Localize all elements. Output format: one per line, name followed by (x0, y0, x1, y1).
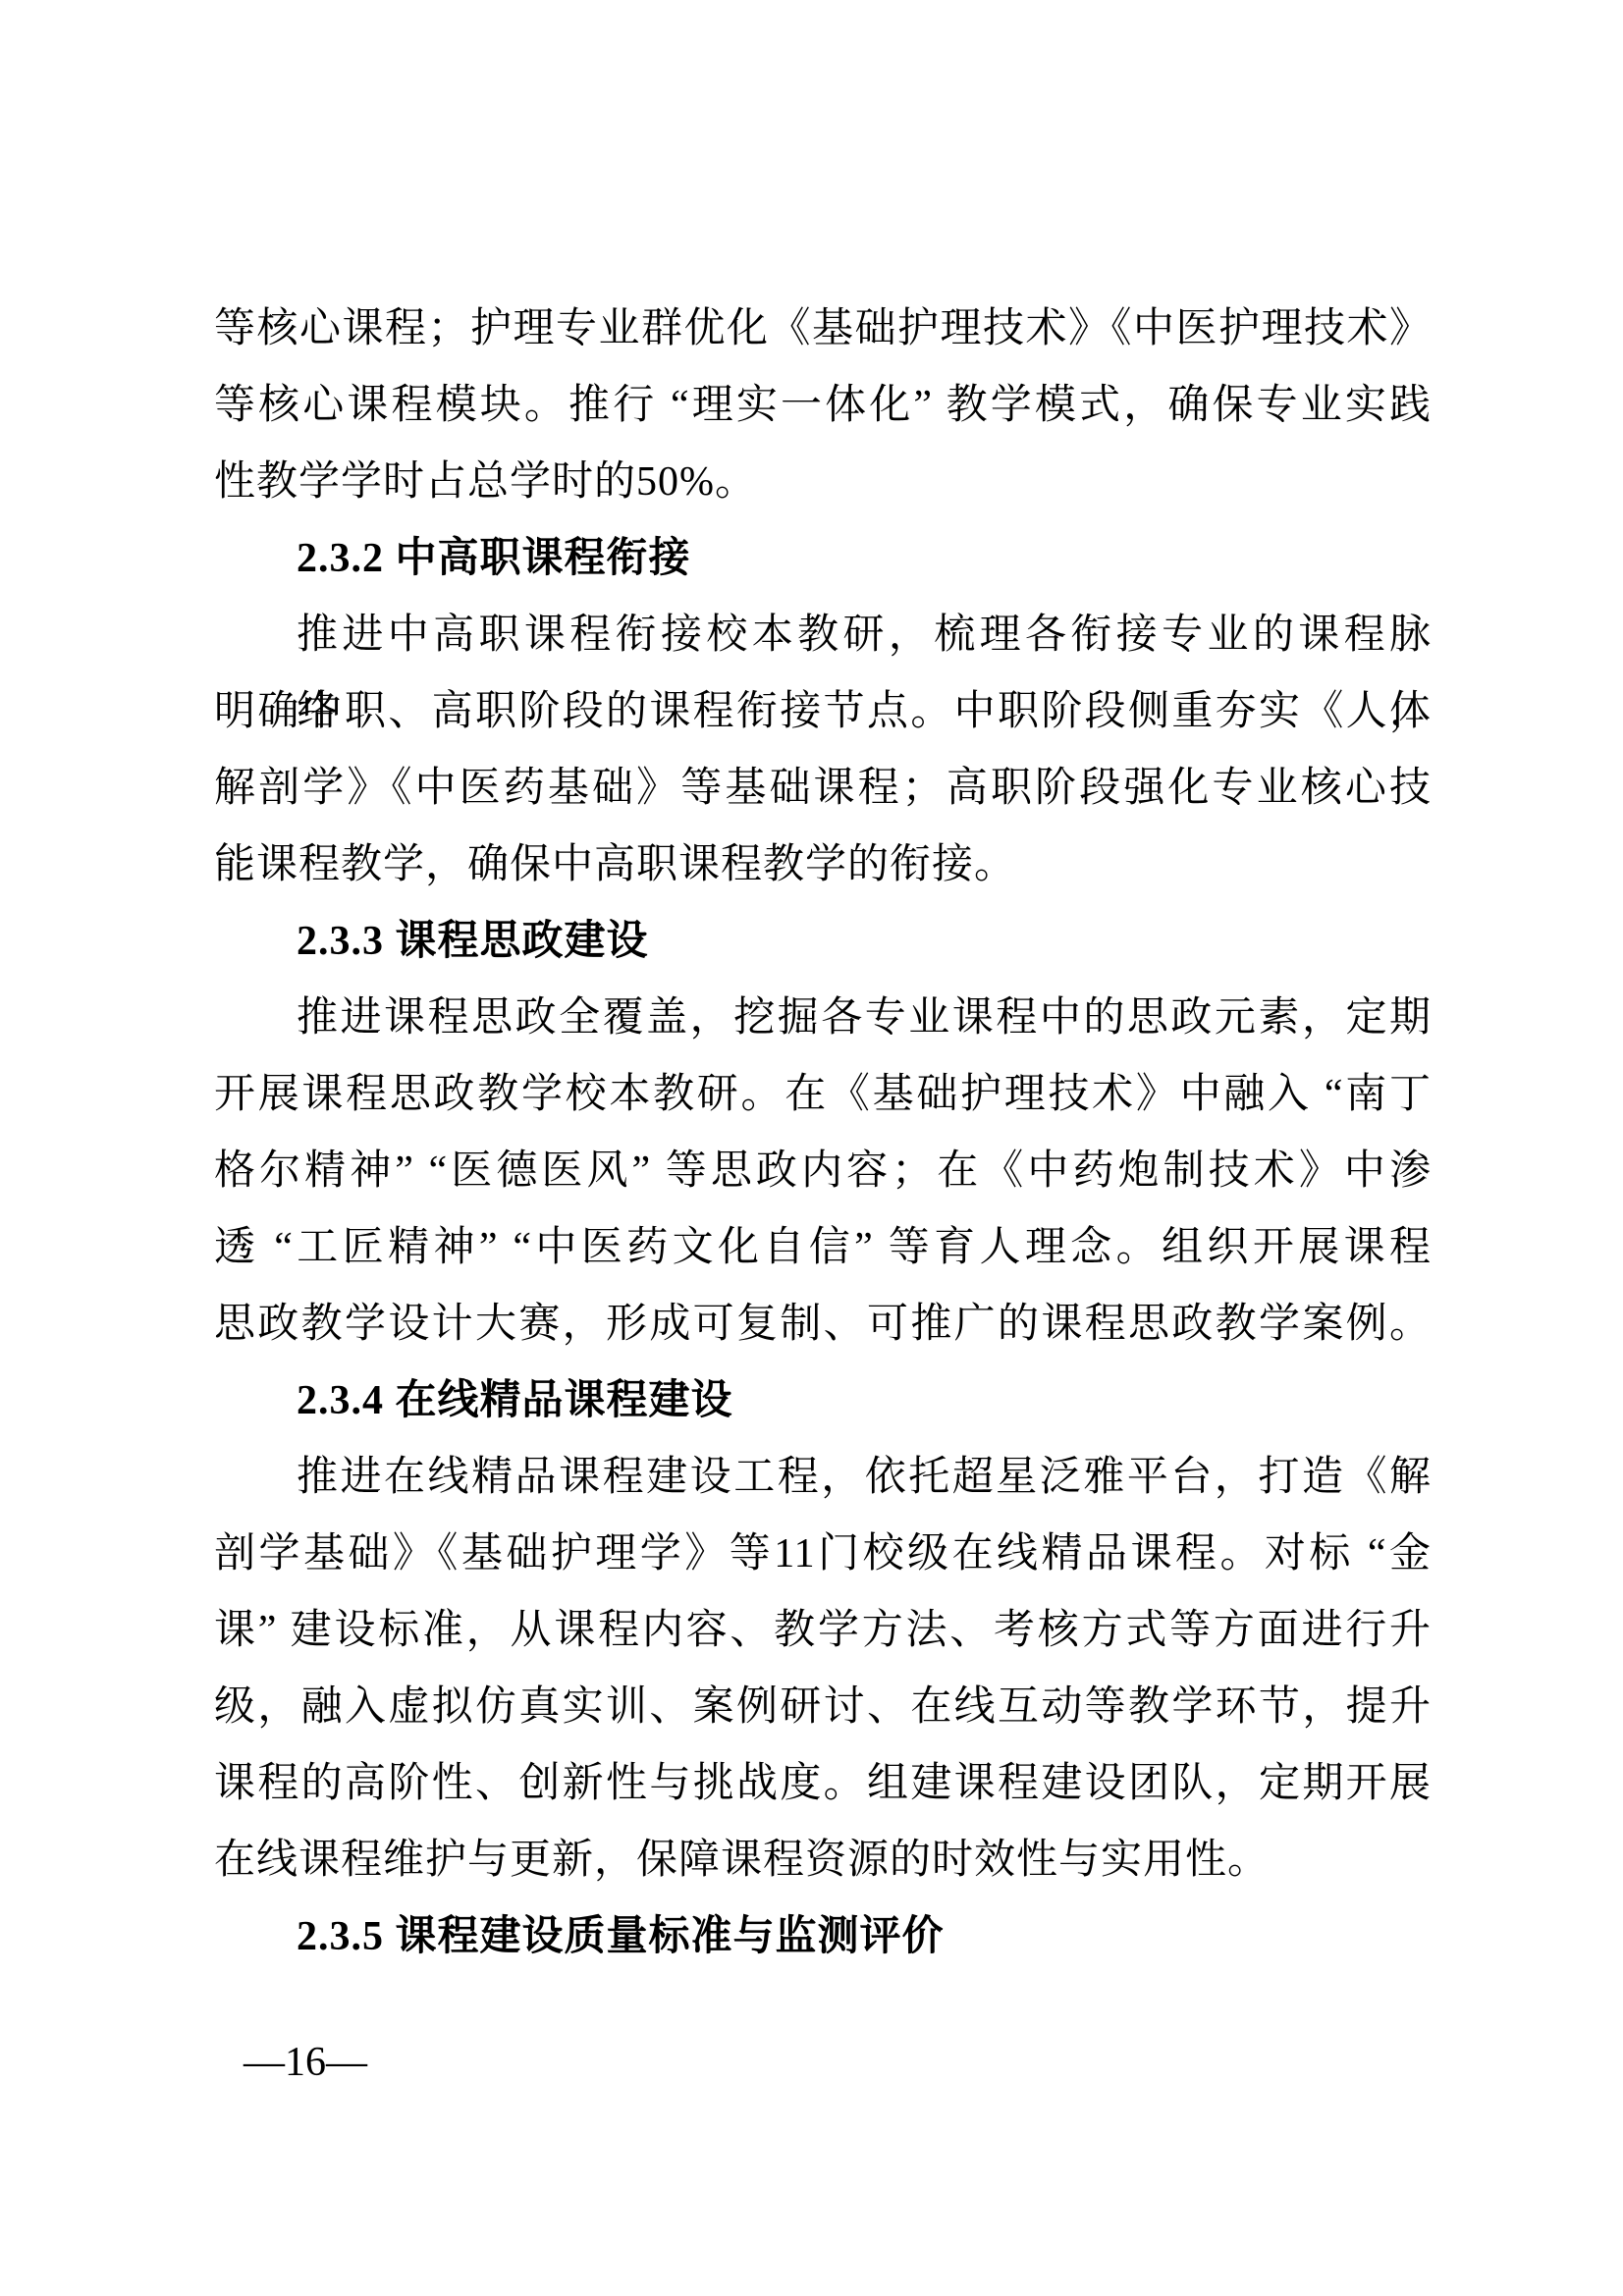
body-line: 级，融入虚拟仿真实训、案例研讨、在线互动等教学环节，提升 (214, 1669, 1432, 1745)
body-line: 推进在线精品课程建设工程，依托超星泛雅平台，打造《解 (214, 1439, 1432, 1516)
document-page: 等核心课程；护理专业群优化《基础护理技术》《中医护理技术》 等核心课程模块。推行… (0, 0, 1623, 2296)
body-line: 课” 建设标准，从课程内容、教学方法、考核方式等方面进行升 (214, 1592, 1432, 1669)
body-line: 等核心课程；护理专业群优化《基础护理技术》《中医护理技术》 (214, 291, 1432, 367)
section-heading-2-3-4: 2.3.4 在线精品课程建设 (214, 1362, 1432, 1439)
document-body: 等核心课程；护理专业群优化《基础护理技术》《中医护理技术》 等核心课程模块。推行… (214, 291, 1432, 1975)
body-line: 透 “工匠精神” “中医药文化自信” 等育人理念。组织开展课程 (214, 1209, 1432, 1286)
section-heading-2-3-2: 2.3.2 中高职课程衔接 (214, 520, 1432, 597)
body-line: 思政教学设计大赛，形成可复制、可推广的课程思政教学案例。 (214, 1286, 1432, 1362)
section-heading-2-3-5: 2.3.5 课程建设质量标准与监测评价 (214, 1898, 1432, 1975)
body-line: 在线课程维护与更新，保障课程资源的时效性与实用性。 (214, 1822, 1432, 1898)
body-line: 明确中职、高职阶段的课程衔接节点。中职阶段侧重夯实《人体 (214, 673, 1432, 750)
body-line: 等核心课程模块。推行 “理实一体化” 教学模式，确保专业实践 (214, 367, 1432, 444)
body-line: 推进课程思政全覆盖，挖掘各专业课程中的思政元素，定期 (214, 980, 1432, 1056)
section-heading-2-3-3: 2.3.3 课程思政建设 (214, 903, 1432, 980)
body-line: 解剖学》《中医药基础》等基础课程；高职阶段强化专业核心技 (214, 750, 1432, 827)
body-line: 剖学基础》《基础护理学》等11门校级在线精品课程。对标 “金 (214, 1516, 1432, 1592)
body-line: 开展课程思政教学校本教研。在《基础护理技术》中融入 “南丁 (214, 1056, 1432, 1133)
body-line: 课程的高阶性、创新性与挑战度。组建课程建设团队，定期开展 (214, 1745, 1432, 1822)
body-line: 推进中高职课程衔接校本教研，梳理各衔接专业的课程脉络， (214, 597, 1432, 673)
body-line: 能课程教学，确保中高职课程教学的衔接。 (214, 827, 1432, 903)
body-line: 格尔精神” “医德医风” 等思政内容；在《中药炮制技术》中渗 (214, 1133, 1432, 1209)
body-line: 性教学学时占总学时的50%。 (214, 444, 1432, 520)
page-number: —16— (243, 2024, 367, 2101)
